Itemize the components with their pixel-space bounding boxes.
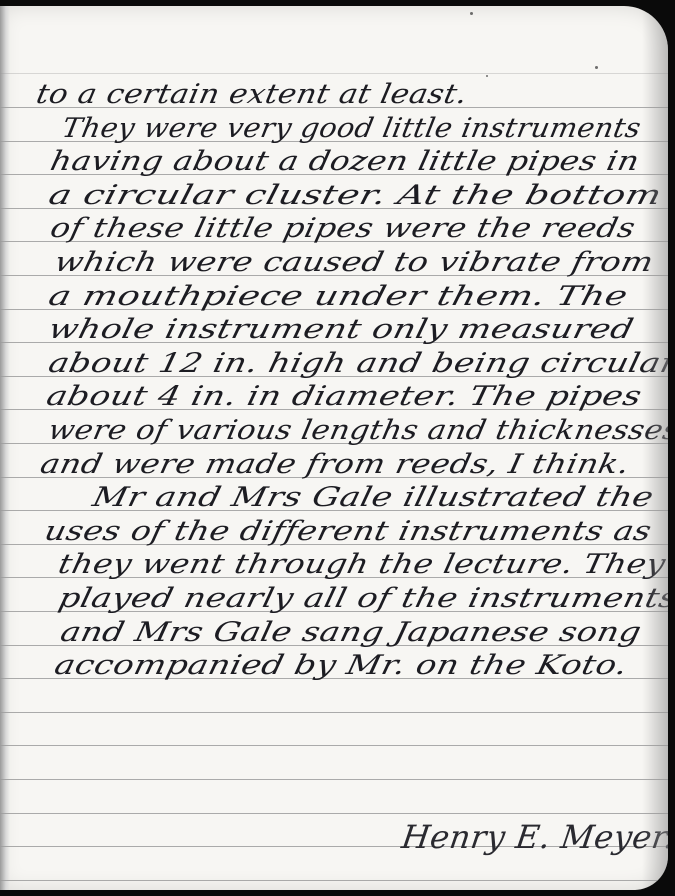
ink-speck — [486, 75, 488, 77]
text-line: to a certain extent at least. — [34, 81, 470, 108]
text-line: of these little pipes were the reeds — [48, 215, 638, 242]
text-line: and were made from reeds, I think. — [38, 451, 632, 478]
text-line: They were very good little instruments — [60, 115, 643, 142]
ruled-line — [0, 779, 668, 780]
text-line: Mr and Mrs Gale illustrated the — [90, 484, 656, 511]
text-line: accompanied by Mr. on the Koto. — [52, 652, 630, 679]
signature: Henry E. Meyer. — [399, 818, 668, 856]
text-line: which were caused to vibrate from — [52, 249, 656, 276]
text-line: were of various lengths and thicknesses — [46, 417, 668, 444]
text-line: a circular cluster. At the bottom — [46, 182, 664, 209]
text-line: uses of the different instruments as — [42, 518, 654, 545]
text-line: having about a dozen little pipes in — [48, 148, 642, 175]
ruled-line — [0, 880, 668, 881]
text-line: played nearly all of the instruments — [56, 585, 668, 612]
text-line: about 4 in. in diameter. The pipes — [44, 383, 644, 410]
text-line: about 12 in. high and being circular — [46, 350, 668, 377]
ruled-line — [0, 813, 668, 814]
ruled-line — [0, 712, 668, 713]
ruled-line — [0, 73, 668, 74]
text-line: and Mrs Gale sang Japanese song — [58, 619, 644, 646]
ink-speck — [595, 66, 598, 69]
text-line: whole instrument only measured — [46, 316, 636, 343]
ink-speck — [470, 12, 473, 15]
ruled-line — [0, 745, 668, 746]
text-line: they went through the lecture. They — [56, 551, 668, 578]
text-line: a mouthpiece under them. The — [46, 283, 630, 310]
notebook-page: to a certain extent at least.They were v… — [0, 6, 668, 890]
